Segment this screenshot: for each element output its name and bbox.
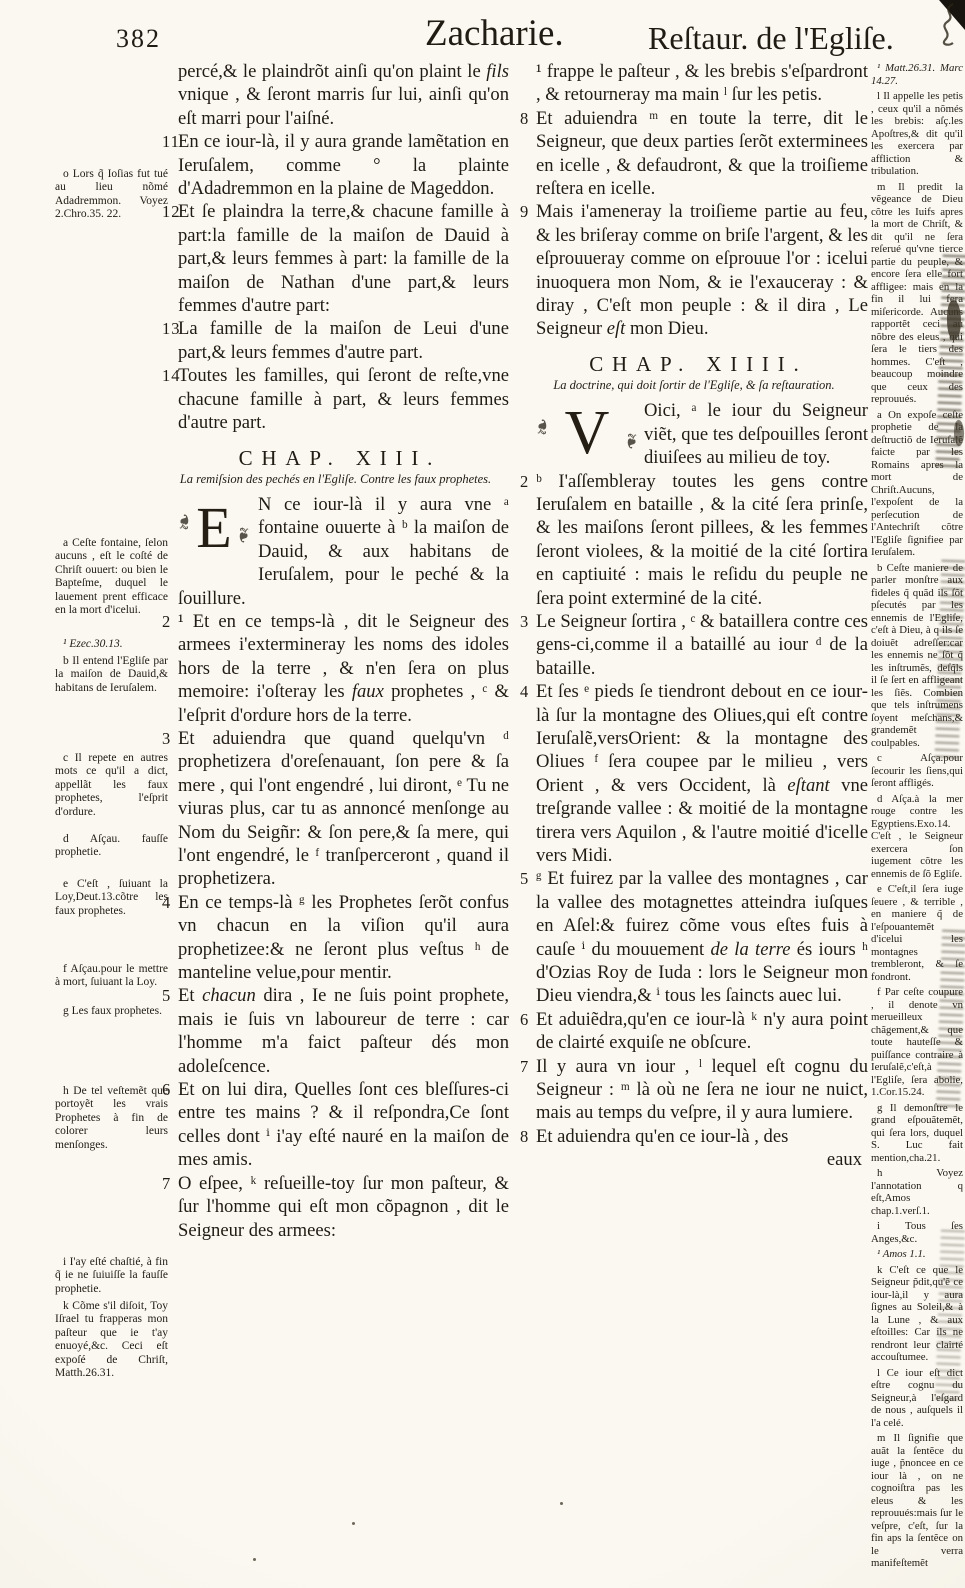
paper-speck <box>560 1502 563 1505</box>
section-title: Reſtaur. de l'Egliſe. <box>648 20 894 57</box>
page-number: 382 <box>116 24 161 54</box>
ink-squiggle <box>923 2 963 48</box>
verse-paragraph: 8Et aduiendra ᵐ en toute la terre, dit l… <box>520 107 868 201</box>
verse-paragraph: ¹ frappe le paſteur , & les brebis s'eſp… <box>520 60 868 107</box>
margin-note: k Cõme s'il diſoit, Toy Iſrael tu frappe… <box>55 1300 168 1380</box>
running-title: Zacharie. <box>425 12 564 55</box>
margin-note: e C'eſt , ſuiuant la Loy,Deut.13.cõtre l… <box>55 878 168 918</box>
margin-note-reference: ¹ Matt.26.31. Marc 14.27. <box>871 62 963 87</box>
verse-paragraph: 3Et aduiendra que quand quelqu'vn ᵈ prop… <box>162 727 509 891</box>
margin-note: m Il ſignifie que auãt la ſentẽce du iug… <box>871 1432 963 1570</box>
paper-speck <box>352 1522 355 1525</box>
page-bleed-text <box>936 930 965 1111</box>
catchword: eaux <box>520 1148 868 1171</box>
verse-number: 6 <box>162 1078 178 1101</box>
margin-note: h Voyez l'annotation q eſt,Amos chap.1.v… <box>871 1167 963 1217</box>
verse-paragraph: 14Toutes les familles, qui ſeront de reſ… <box>162 364 509 434</box>
verse-paragraph: 5Et chacun dira , Ie ne ſuis point proph… <box>162 984 509 1078</box>
margin-note: b Il entend l'Egliſe par la maiſon de Da… <box>55 655 168 695</box>
verse-number: 2 <box>162 610 178 633</box>
verse-paragraph: 11En ce iour-là, il y aura grande lamẽta… <box>162 130 509 200</box>
margin-note: f Aſçau.pour le mettre à mort, ſuiuant l… <box>55 963 168 990</box>
verse-paragraph: 12Et ſe plaindra la terre,& chacune fami… <box>162 200 509 317</box>
verse-paragraph: 2ᵇ I'aſſembleray toutes les gens contre … <box>520 470 868 610</box>
verse-paragraph: 4En ce temps-là ᵍ les Prophetes ſerõt co… <box>162 891 509 985</box>
margin-note: g Les faux prophetes. <box>55 1005 168 1018</box>
drop-cap-E: E <box>178 495 250 564</box>
verse-paragraph: 6Et aduiẽdra,qu'en ce iour-là ᵏ n'y aura… <box>520 1008 868 1055</box>
verse-number: 3 <box>520 610 536 633</box>
edge-smudge <box>947 300 961 340</box>
verse-paragraph: 7O eſpee, ᵏ reſueille-toy ſur mon paſteu… <box>162 1172 509 1242</box>
margin-note-reference: ¹ Ezec.30.13. <box>55 638 168 651</box>
verse-number: 13 <box>162 317 178 340</box>
verse-paragraph: percé,& le plaindrõt ainſi qu'on plaint … <box>162 60 509 130</box>
margin-note: d Aſça.à la mer rouge contre les Egyptie… <box>871 793 963 881</box>
verse-paragraph: 4Et ſes ᵉ pieds ſe tiendront debout en c… <box>520 680 868 867</box>
verse-number: 4 <box>520 680 536 703</box>
verse-number: 8 <box>520 107 536 130</box>
paper-speck <box>253 1558 256 1561</box>
drop-cap-V: V <box>536 401 638 469</box>
verse-number: 3 <box>162 727 178 750</box>
book-page: 382 Zacharie. Reſtaur. de l'Egliſe. o Lo… <box>0 0 965 1588</box>
verse-number: 5 <box>520 867 536 890</box>
margin-note: c Il repete en autres mots ce qu'il a di… <box>55 752 168 819</box>
verse-paragraph: 2¹ Et en ce temps-là , dit le Seigneur d… <box>162 610 509 727</box>
verse-paragraph: 9Mais i'ameneray la troiſieme partie au … <box>520 200 868 340</box>
left-text-column: percé,& le plaindrõt ainſi qu'on plaint … <box>162 60 509 1242</box>
verse-number: 2 <box>520 470 536 493</box>
verse-paragraph: 6Et on lui dira, Quelles ſont ces bleſſu… <box>162 1078 509 1172</box>
verse-paragraph: 8Et aduiendra qu'en ce iour-là , des <box>520 1125 868 1148</box>
edge-smudge <box>954 420 964 446</box>
verse-number: 12 <box>162 200 178 223</box>
right-text-column: ¹ frappe le paſteur , & les brebis s'eſp… <box>520 60 868 1172</box>
margin-note: g Il demonſtre le grand eſpouãtemẽt, qui… <box>871 1102 963 1165</box>
verse-number: 9 <box>520 200 536 223</box>
chapter-argument: La remiſsion des pechés en l'Egliſe. Con… <box>162 472 509 486</box>
verse-paragraph: 7Il y aura vn iour , ˡ lequel eſt cognu … <box>520 1055 868 1125</box>
margin-note: i I'ay eſté chaſtié, à fin q̃ ie ne ſuiu… <box>55 1256 168 1296</box>
verse-paragraph: EN ce iour-là il y aura vne ᵃ fontaine o… <box>162 493 509 610</box>
verse-paragraph: 5ᵍ Et fuirez par la vallee des montagnes… <box>520 867 868 1007</box>
verse-number: 8 <box>520 1125 536 1148</box>
verse-number: 6 <box>520 1008 536 1031</box>
margin-note: o Lors q̃ Ioſias fut tué au lieu nõmé Ad… <box>55 168 168 222</box>
verse-number: 4 <box>162 891 178 914</box>
margin-note: h De tel veſtemẽt que portoyẽt les vrais… <box>55 1085 168 1152</box>
verse-number: 5 <box>162 984 178 1007</box>
verse-number: 14 <box>162 364 178 387</box>
verse-paragraph: 3Le Seigneur ſortira , ᶜ & bataillera co… <box>520 610 868 680</box>
verse-number: 7 <box>162 1172 178 1195</box>
verse-number: 11 <box>162 130 178 153</box>
margin-note: a Ceſte fontaine, ſelon aucuns , eſt le … <box>55 537 168 617</box>
margin-note: l Il appelle les petis , ceux qu'il a nõ… <box>871 90 963 178</box>
verse-paragraph: VOici, ᵃ le iour du Seigneur viẽt, que t… <box>520 399 868 469</box>
verse-paragraph: 13La famille de la maiſon de Leui d'une … <box>162 317 509 364</box>
margin-note: d Aſçau. fauſſe prophetie. <box>55 833 168 860</box>
verse-number: 7 <box>520 1055 536 1078</box>
chapter-heading: CHAP. XIIII. <box>520 353 868 376</box>
chapter-heading: CHAP. XIII. <box>162 447 509 470</box>
chapter-argument: La doctrine, qui doit ſortir de l'Egliſe… <box>520 378 868 392</box>
